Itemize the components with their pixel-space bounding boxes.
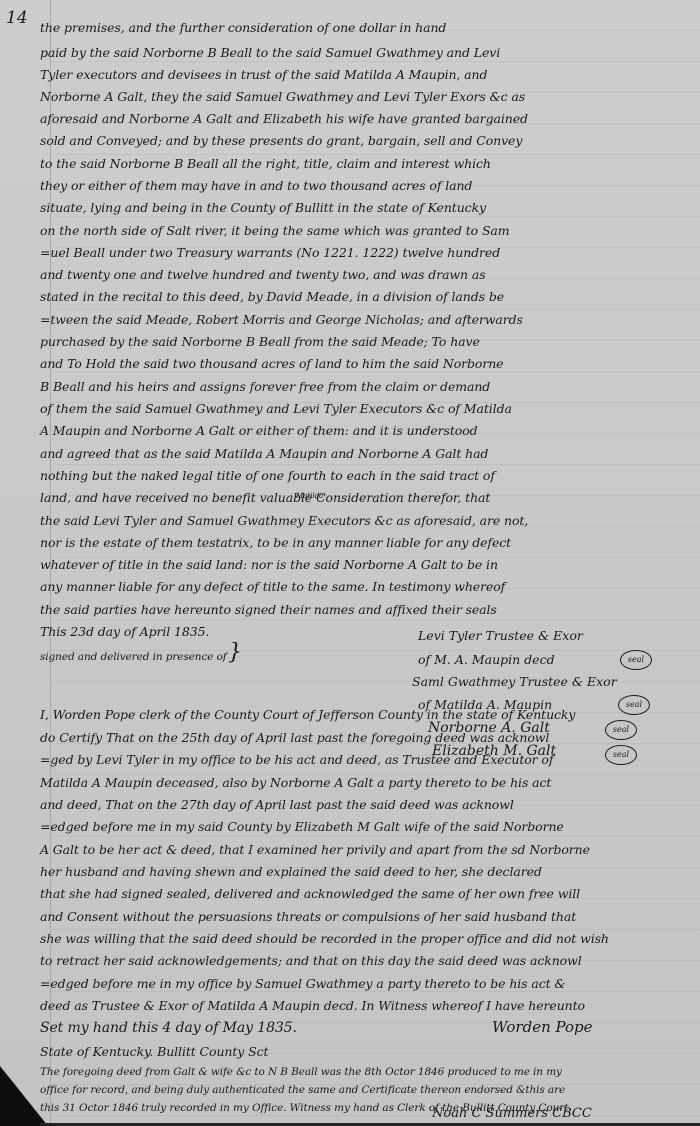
document-page: 14 the premises, and the further conside… [0,0,700,1126]
deed-line: Norborne A Galt, they the said Samuel Gw… [40,87,680,107]
deed-line: and agreed that as the said Matilda A Ma… [40,444,680,464]
recorder-signature: Noah C Summers CBCC [432,1106,592,1121]
recording-header: State of Kentucky. Bullitt County Sct [40,1042,680,1062]
certificate-line: her husband and having shewn and explain… [40,862,680,882]
certificate-line: that she had signed sealed, delivered an… [40,884,680,904]
signature-line: Saml Gwathmey Trustee & Exor [412,674,617,689]
certificate-line: I, Worden Pope clerk of the County Court… [40,705,680,725]
deed-line: Tyler executors and devisees in trust of… [40,65,680,85]
deed-line: whatever of title in the said land: nor … [40,555,680,575]
signature-line: of M. A. Maupin decd [418,652,555,667]
deed-line: and To Hold the said two thousand acres … [40,354,680,374]
deed-line: of them the said Samuel Gwathmey and Lev… [40,399,680,419]
signature-line: Levi Tyler Trustee & Exor [418,628,583,643]
recording-line: The foregoing deed from Galt & wife &c t… [40,1062,680,1082]
deed-line: nothing but the naked legal title of one… [40,466,680,486]
certificate-line: to retract her said acknowledgements; an… [40,951,680,971]
certificate-line: Matilda A Maupin deceased, also by Norbo… [40,773,680,793]
recording-line: office for record, and being duly authen… [40,1080,680,1100]
deed-line: to the said Norborne B Beall all the rig… [40,154,680,174]
witness-line: signed and delivered in presence of [40,647,227,667]
certificate-line: she was willing that the said deed shoul… [40,929,680,949]
deed-line: stated in the recital to this deed, by D… [40,287,680,307]
witness-bracket: } [228,640,242,665]
deed-line: This 23d day of April 1835. [40,622,680,642]
certificate-line: and Consent without the persuasions thre… [40,907,680,927]
interlinear-note: Matilda [296,492,323,500]
deed-line: nor is the estate of them testatrix, to … [40,533,680,553]
certificate-line: =ged by Levi Tyler in my office to be hi… [40,750,680,770]
deed-line: purchased by the said Norborne B Beall f… [40,332,680,352]
deed-line: =tween the said Meade, Robert Morris and… [40,310,680,330]
page-number: 14 [6,8,28,28]
deed-line: the premises, and the further considerat… [40,18,680,38]
deed-line: aforesaid and Norborne A Galt and Elizab… [40,109,680,129]
deed-line: situate, lying and being in the County o… [40,198,680,218]
clerk-signature: Worden Pope [492,1018,593,1036]
deed-line: they or either of them may have in and t… [40,176,680,196]
page-corner-shadow [0,1066,48,1126]
deed-line: the said parties have hereunto signed th… [40,600,680,620]
deed-line: A Maupin and Norborne A Galt or either o… [40,421,680,441]
deed-line: B Beall and his heirs and assigns foreve… [40,377,680,397]
deed-line: sold and Conveyed; and by these presents… [40,131,680,151]
certificate-line: Set my hand this 4 day of May 1835. [40,1018,297,1038]
deed-line: paid by the said Norborne B Beall to the… [40,43,680,63]
deed-line: the said Levi Tyler and Samuel Gwathmey … [40,511,680,531]
certificate-line: =edged before me in my office by Samuel … [40,974,680,994]
certificate-line: deed as Trustee & Exor of Matilda A Maup… [40,996,680,1016]
seal-icon: seal [620,650,652,670]
deed-line: land, and have received no benefit valua… [40,488,680,508]
certificate-line: and deed, That on the 27th day of April … [40,795,680,815]
certificate-line: do Certify That on the 25th day of April… [40,728,680,748]
certificate-line: A Galt to be her act & deed, that I exam… [40,840,680,860]
deed-line: and twenty one and twelve hundred and tw… [40,265,680,285]
deed-line: on the north side of Salt river, it bein… [40,221,680,241]
deed-line: any manner liable for any defect of titl… [40,577,680,597]
deed-line: =uel Beall under two Treasury warrants (… [40,243,680,263]
certificate-line: =edged before me in my said County by El… [40,817,680,837]
